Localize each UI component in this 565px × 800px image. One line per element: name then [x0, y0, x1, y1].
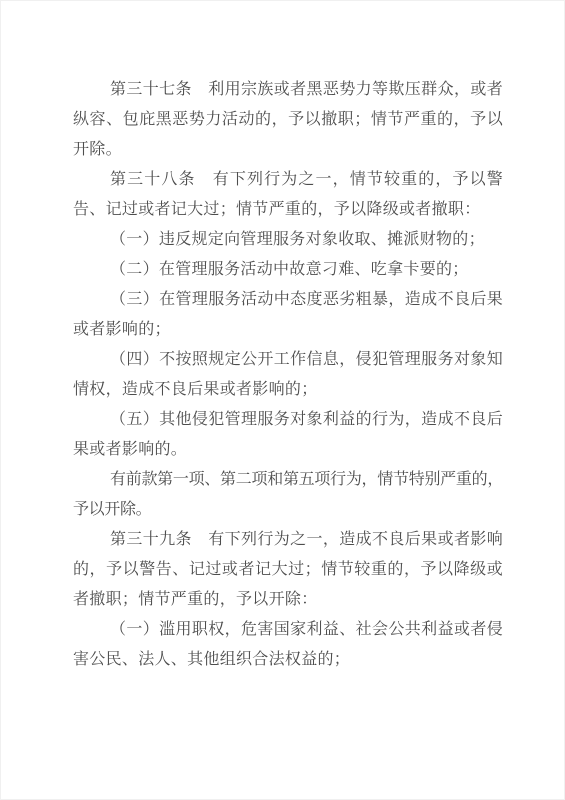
document-body: 第三十七条 利用宗族或者黑恶势力等欺压群众，或者纵容、包庇黑恶势力活动的，予以撤… [73, 75, 503, 675]
paragraph-article-38-item-3: （三）在管理服务活动中态度恶劣粗暴，造成不良后果或者影响的； [73, 285, 503, 345]
paragraph-article-38-item-5: （五）其他侵犯管理服务对象利益的行为，造成不良后果或者影响的。 [73, 405, 503, 465]
paragraph-article-38-item-1: （一）违反规定向管理服务对象收取、摊派财物的； [73, 225, 503, 255]
paragraph-article-38-supplement: 有前款第一项、第二项和第五项行为，情节特别严重的，予以开除。 [73, 465, 503, 525]
document-page: 第三十七条 利用宗族或者黑恶势力等欺压群众，或者纵容、包庇黑恶势力活动的，予以撤… [0, 0, 565, 800]
paragraph-article-38-item-2: （二）在管理服务活动中故意刁难、吃拿卡要的； [73, 255, 503, 285]
paragraph-article-38-item-4: （四）不按照规定公开工作信息，侵犯管理服务对象知情权，造成不良后果或者影响的； [73, 345, 503, 405]
paragraph-article-39-item-1: （一）滥用职权，危害国家利益、社会公共利益或者侵害公民、法人、其他组织合法权益的… [73, 615, 503, 675]
paragraph-article-39-intro: 第三十九条 有下列行为之一，造成不良后果或者影响的，予以警告、记过或者记大过；情… [73, 525, 503, 615]
paragraph-article-38-intro: 第三十八条 有下列行为之一，情节较重的，予以警告、记过或者记大过；情节严重的，予… [73, 165, 503, 225]
paragraph-article-37: 第三十七条 利用宗族或者黑恶势力等欺压群众，或者纵容、包庇黑恶势力活动的，予以撤… [73, 75, 503, 165]
